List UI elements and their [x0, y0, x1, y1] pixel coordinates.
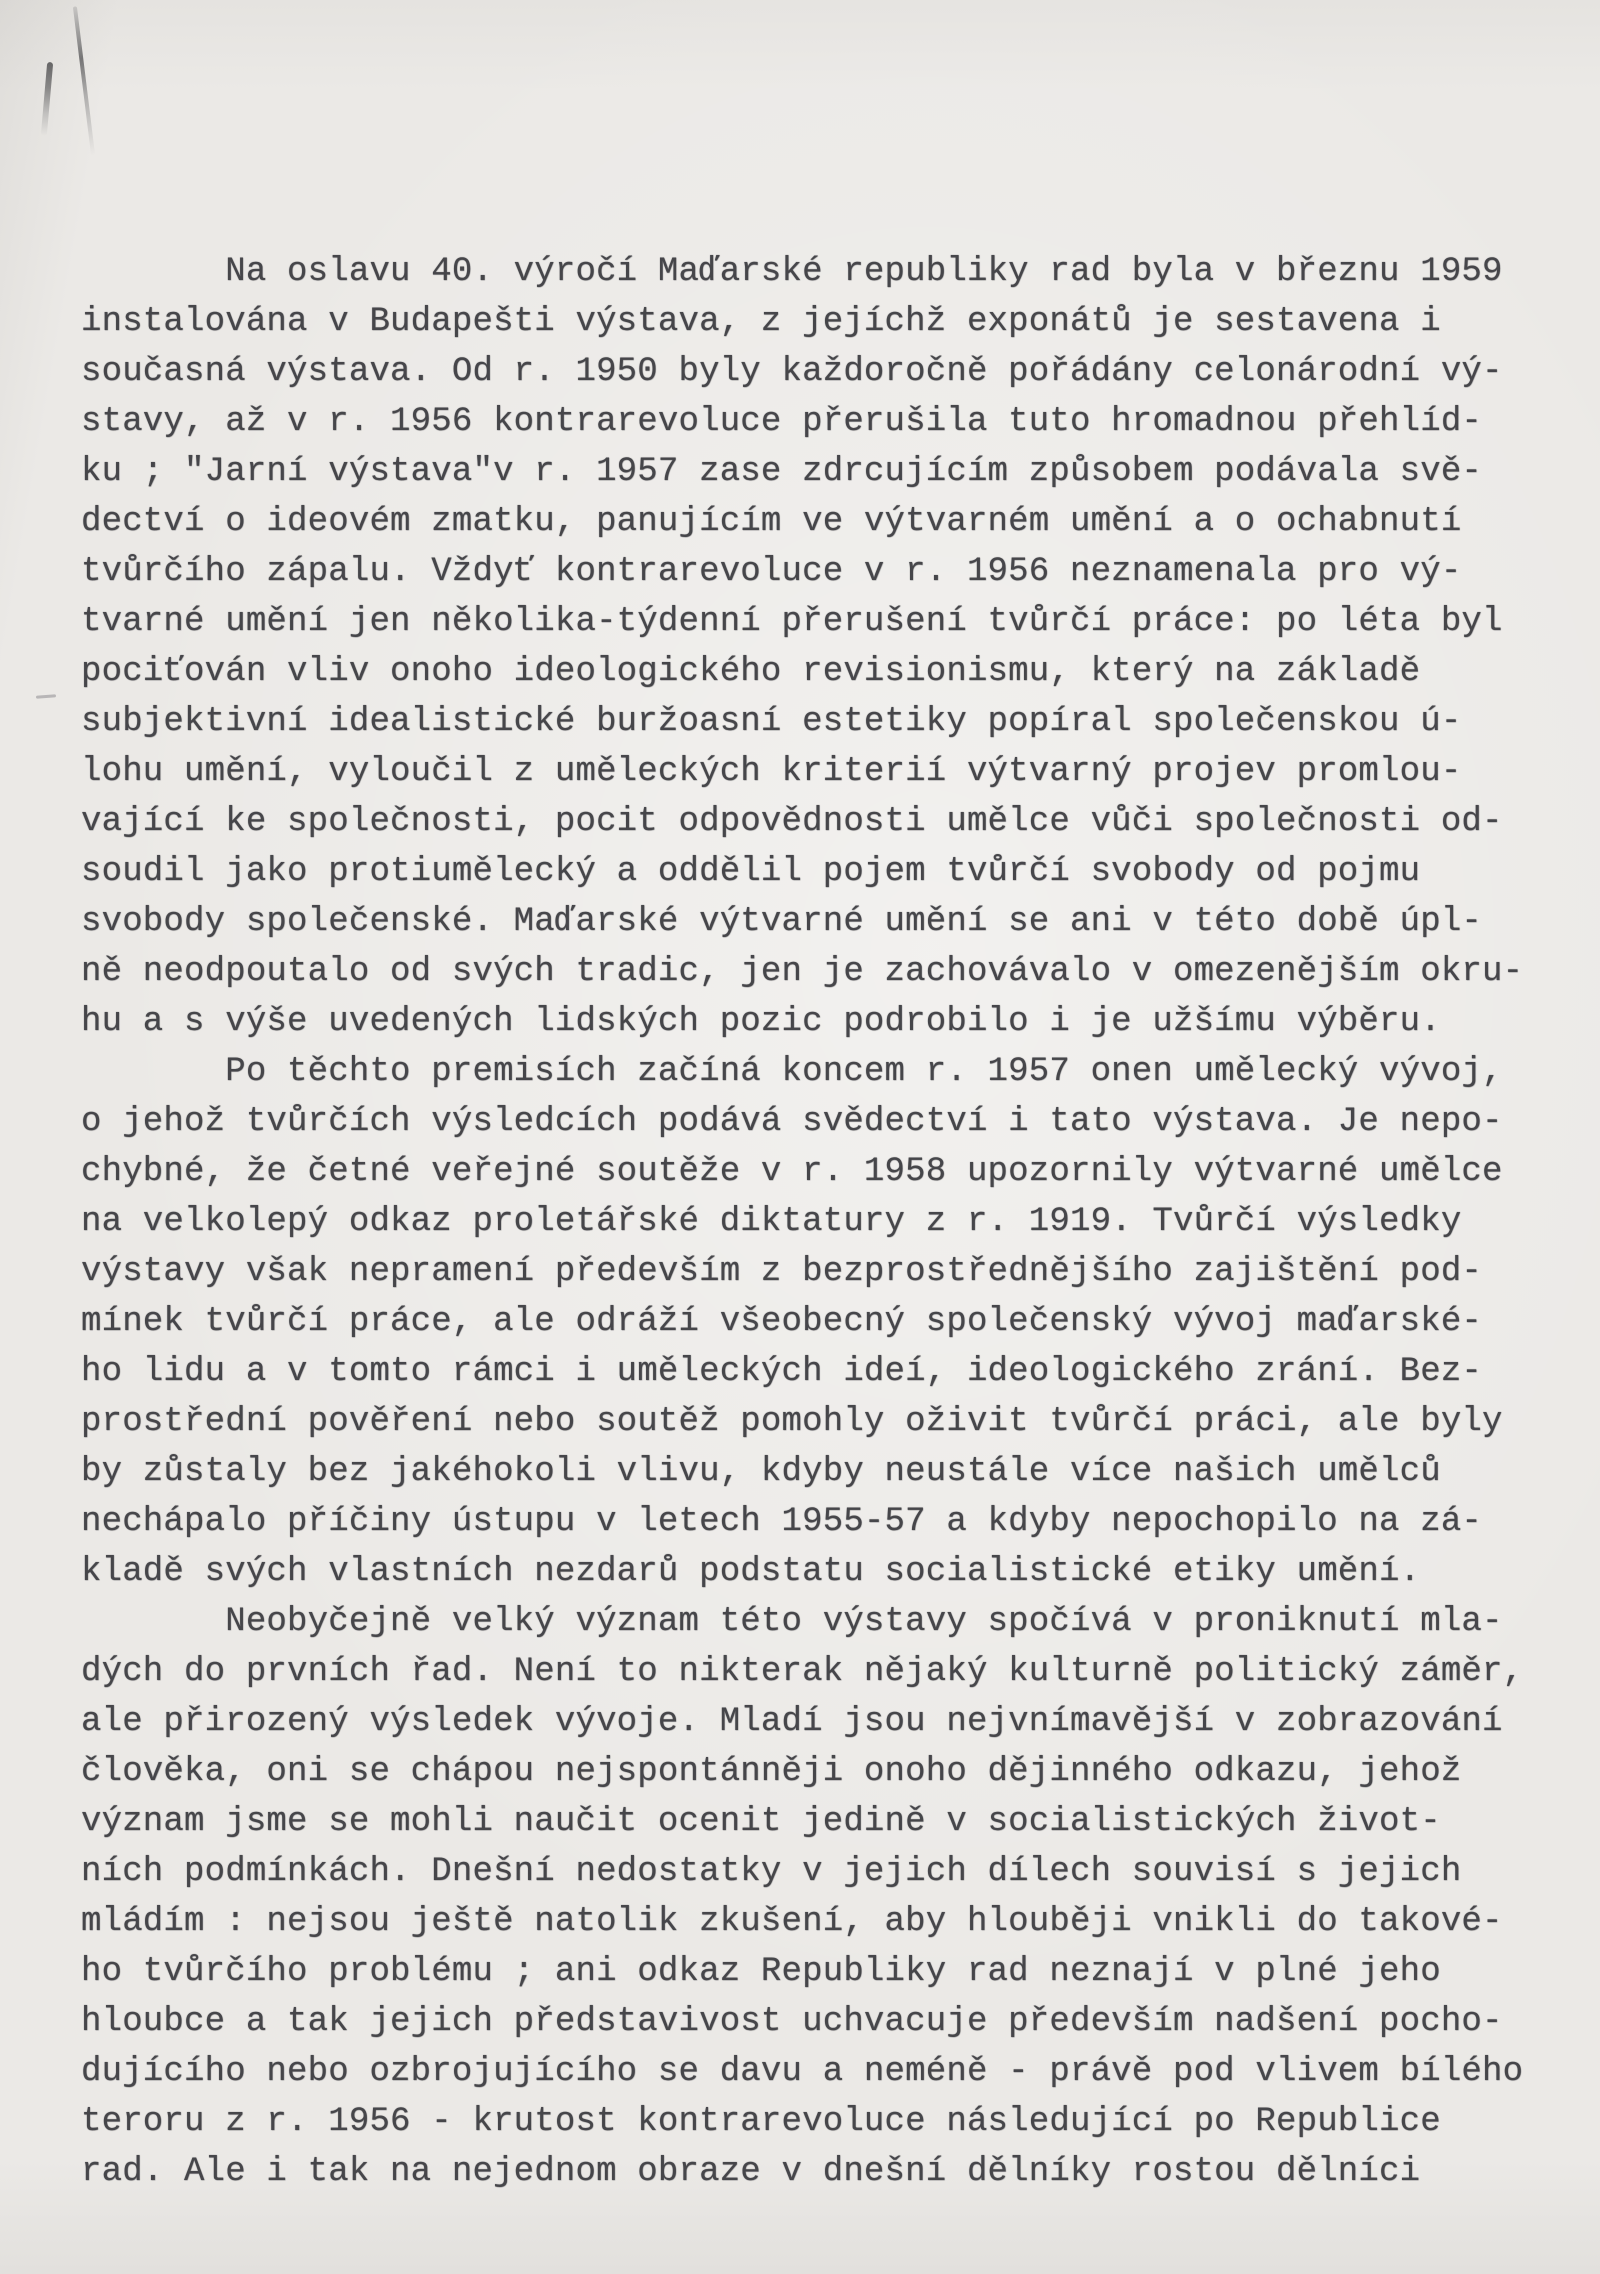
text-line: hloubce a tak jejich představivost uchva…: [81, 1997, 1561, 2047]
text-line: současná výstava. Od r. 1950 byly každor…: [81, 347, 1561, 397]
text-line: ho tvůrčího problému ; ani odkaz Republi…: [81, 1947, 1561, 1997]
document-page: Na oslavu 40. výročí Maďarské republiky …: [0, 0, 1600, 2274]
text-line: Na oslavu 40. výročí Maďarské republiky …: [81, 247, 1561, 297]
text-line: tvarné umění jen několika-týdenní přeruš…: [81, 597, 1561, 647]
text-line: mládím : nejsou ještě natolik zkušení, a…: [81, 1897, 1561, 1947]
text-line: tvůrčího zápalu. Vždyť kontrarevoluce v …: [81, 547, 1561, 597]
text-line: pociťován vliv onoho ideologického revis…: [81, 647, 1561, 697]
text-line: Po těchto premisích začíná koncem r. 195…: [81, 1047, 1561, 1097]
text-line: prostřední pověření nebo soutěž pomohly …: [81, 1397, 1561, 1447]
text-line: by zůstaly bez jakéhokoli vlivu, kdyby n…: [81, 1447, 1561, 1497]
text-line: Neobyčejně velký význam této výstavy spo…: [81, 1597, 1561, 1647]
text-line: nechápalo příčiny ústupu v letech 1955-5…: [81, 1497, 1561, 1547]
text-line: na velkolepý odkaz proletářské diktatury…: [81, 1197, 1561, 1247]
text-line: rad. Ale i tak na nejednom obraze v dneš…: [81, 2147, 1561, 2197]
text-line: ně neodpoutalo od svých tradic, jen je z…: [81, 947, 1561, 997]
text-line: hu a s výše uvedených lidských pozic pod…: [81, 997, 1561, 1047]
text-line: instalována v Budapešti výstava, z jejíc…: [81, 297, 1561, 347]
text-line: svobody společenské. Maďarské výtvarné u…: [81, 897, 1561, 947]
text-line: člověka, oni se chápou nejspontánněji on…: [81, 1747, 1561, 1797]
text-line: o jehož tvůrčích výsledcích podává svěde…: [81, 1097, 1561, 1147]
text-line: teroru z r. 1956 - krutost kontrarevoluc…: [81, 2097, 1561, 2147]
text-line: dujícího nebo ozbrojujícího se davu a ne…: [81, 2047, 1561, 2097]
text-line: dectví o ideovém zmatku, panujícím ve vý…: [81, 497, 1561, 547]
text-line: ních podmínkách. Dnešní nedostatky v jej…: [81, 1847, 1561, 1897]
margin-dash-mark: [36, 694, 56, 698]
text-line: dých do prvních řad. Není to nikterak ně…: [81, 1647, 1561, 1697]
pencil-mark-icon: [41, 62, 53, 136]
text-line: výstavy však nepramení především z bezpr…: [81, 1247, 1561, 1297]
text-line: význam jsme se mohli naučit ocenit jedin…: [81, 1797, 1561, 1847]
text-line: soudil jako protiumělecký a oddělil poje…: [81, 847, 1561, 897]
text-line: stavy, až v r. 1956 kontrarevoluce přeru…: [81, 397, 1561, 447]
text-line: ale přirozený výsledek vývoje. Mladí jso…: [81, 1697, 1561, 1747]
typewritten-text-block: Na oslavu 40. výročí Maďarské republiky …: [81, 247, 1561, 2197]
text-line: lohu umění, vyloučil z uměleckých kriter…: [81, 747, 1561, 797]
text-line: ho lidu a v tomto rámci i uměleckých ide…: [81, 1347, 1561, 1397]
text-line: mínek tvůrčí práce, ale odráží všeobecný…: [81, 1297, 1561, 1347]
text-line: chybné, že četné veřejné soutěže v r. 19…: [81, 1147, 1561, 1197]
text-line: kladě svých vlastních nezdarů podstatu s…: [81, 1547, 1561, 1597]
text-line: vající ke společnosti, pocit odpovědnost…: [81, 797, 1561, 847]
text-line: ku ; "Jarní výstava"v r. 1957 zase zdrcu…: [81, 447, 1561, 497]
text-line: subjektivní idealistické buržoasní estet…: [81, 697, 1561, 747]
pencil-mark-icon: [73, 6, 95, 155]
